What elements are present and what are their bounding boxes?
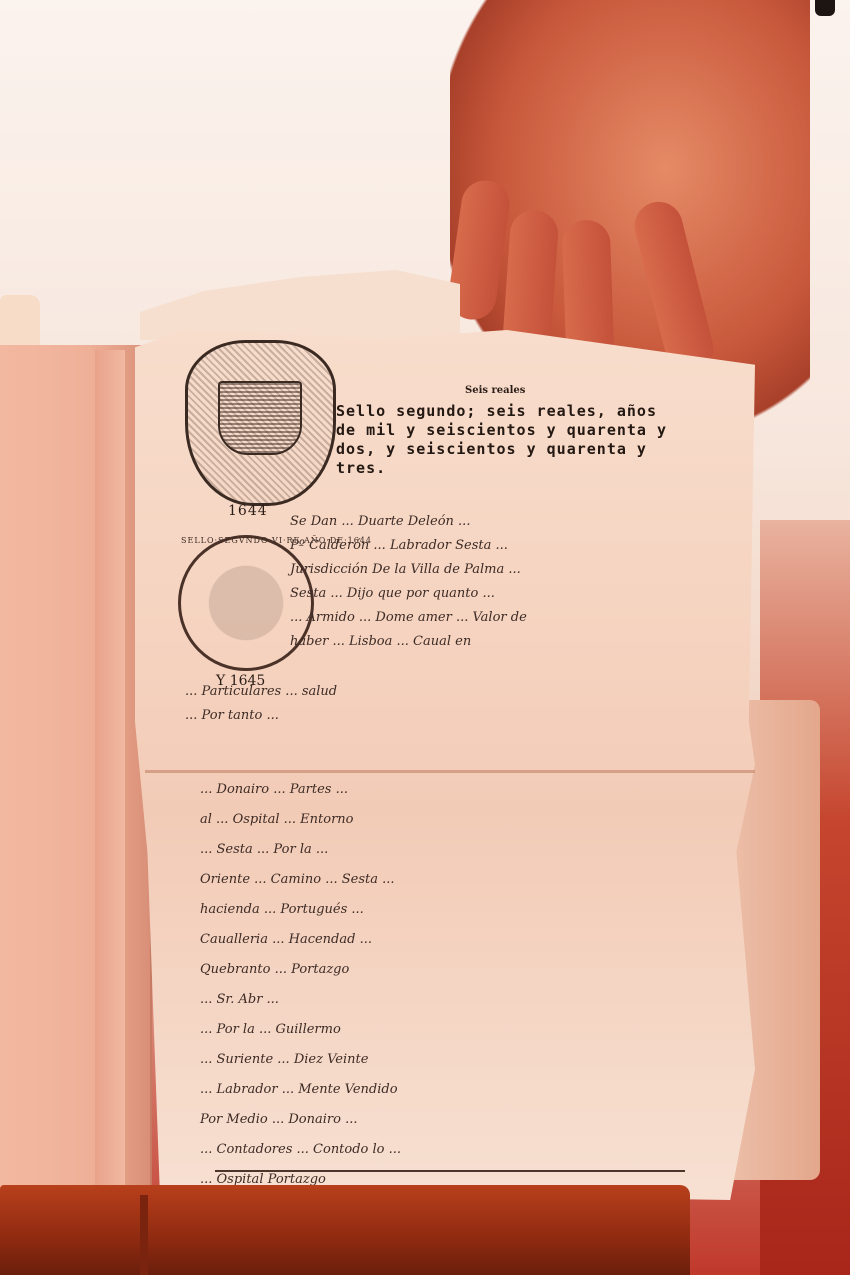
handwritten-line: Se Dan ... Duarte Deleón ... [290,510,710,534]
handwritten-line: ... Donairo ... Partes ... [200,775,720,805]
handwritten-line: haber ... Lisboa ... Caual en [290,630,710,654]
left-page [0,345,152,1200]
handwritten-line: Por Medio ... Donairo ... [200,1105,720,1135]
handwritten-line: ... Por la ... Guillermo [200,1015,720,1045]
handwritten-line: Quebranto ... Portazgo [200,955,720,985]
wooden-book-stand [0,1185,690,1275]
printed-heading: Sello segundo; seis reales, años de mil … [336,402,676,478]
handwritten-line: ... Suriente ... Diez Veinte [200,1045,720,1075]
handwritten-line: ... Contadores ... Contodo lo ... [200,1135,720,1165]
price-label: Seis reales [465,385,525,396]
handwritten-line: hacienda ... Portugués ... [200,895,720,925]
torn-page-top [140,270,460,340]
handwritten-block-bottom: ... Donairo ... Partes ... al ... Ospita… [200,775,720,1195]
handwritten-line: Pº Calderón ... Labrador Sesta ... [290,534,710,558]
handwritten-block-mid: ... Particulares ... salud ... Por tanto… [185,680,705,728]
left-page-fold [95,350,125,1190]
handwritten-line: ... Sesta ... Por la ... [200,835,720,865]
coat-of-arms-icon [218,381,302,455]
watch-band [815,0,835,16]
handwritten-line: ... Por tanto ... [185,704,705,728]
handwritten-block-top: Se Dan ... Duarte Deleón ... Pº Calderón… [290,510,710,654]
handwritten-line: Sesta ... Dijo que por quanto ... [290,582,710,606]
page-fold-line [145,770,755,773]
royal-crest-stamp: 1644 [185,340,336,506]
handwritten-line: ... Sr. Abr ... [200,985,720,1015]
handwritten-line: Oriente ... Camino ... Sesta ... [200,865,720,895]
crest-year: 1644 [228,503,268,519]
handwritten-line: Caualleria ... Hacendad ... [200,925,720,955]
handwritten-line: ... Armido ... Dome amer ... Valor de [290,606,710,630]
handwritten-line: Jurisdicción De la Villa de Palma ... [290,558,710,582]
closing-rule-line [215,1170,685,1172]
handwritten-line: al ... Ospital ... Entorno [200,805,720,835]
handwritten-line: ... Particulares ... salud [185,680,705,704]
stand-joint [140,1195,148,1275]
handwritten-line: ... Labrador ... Mente Vendido [200,1075,720,1105]
